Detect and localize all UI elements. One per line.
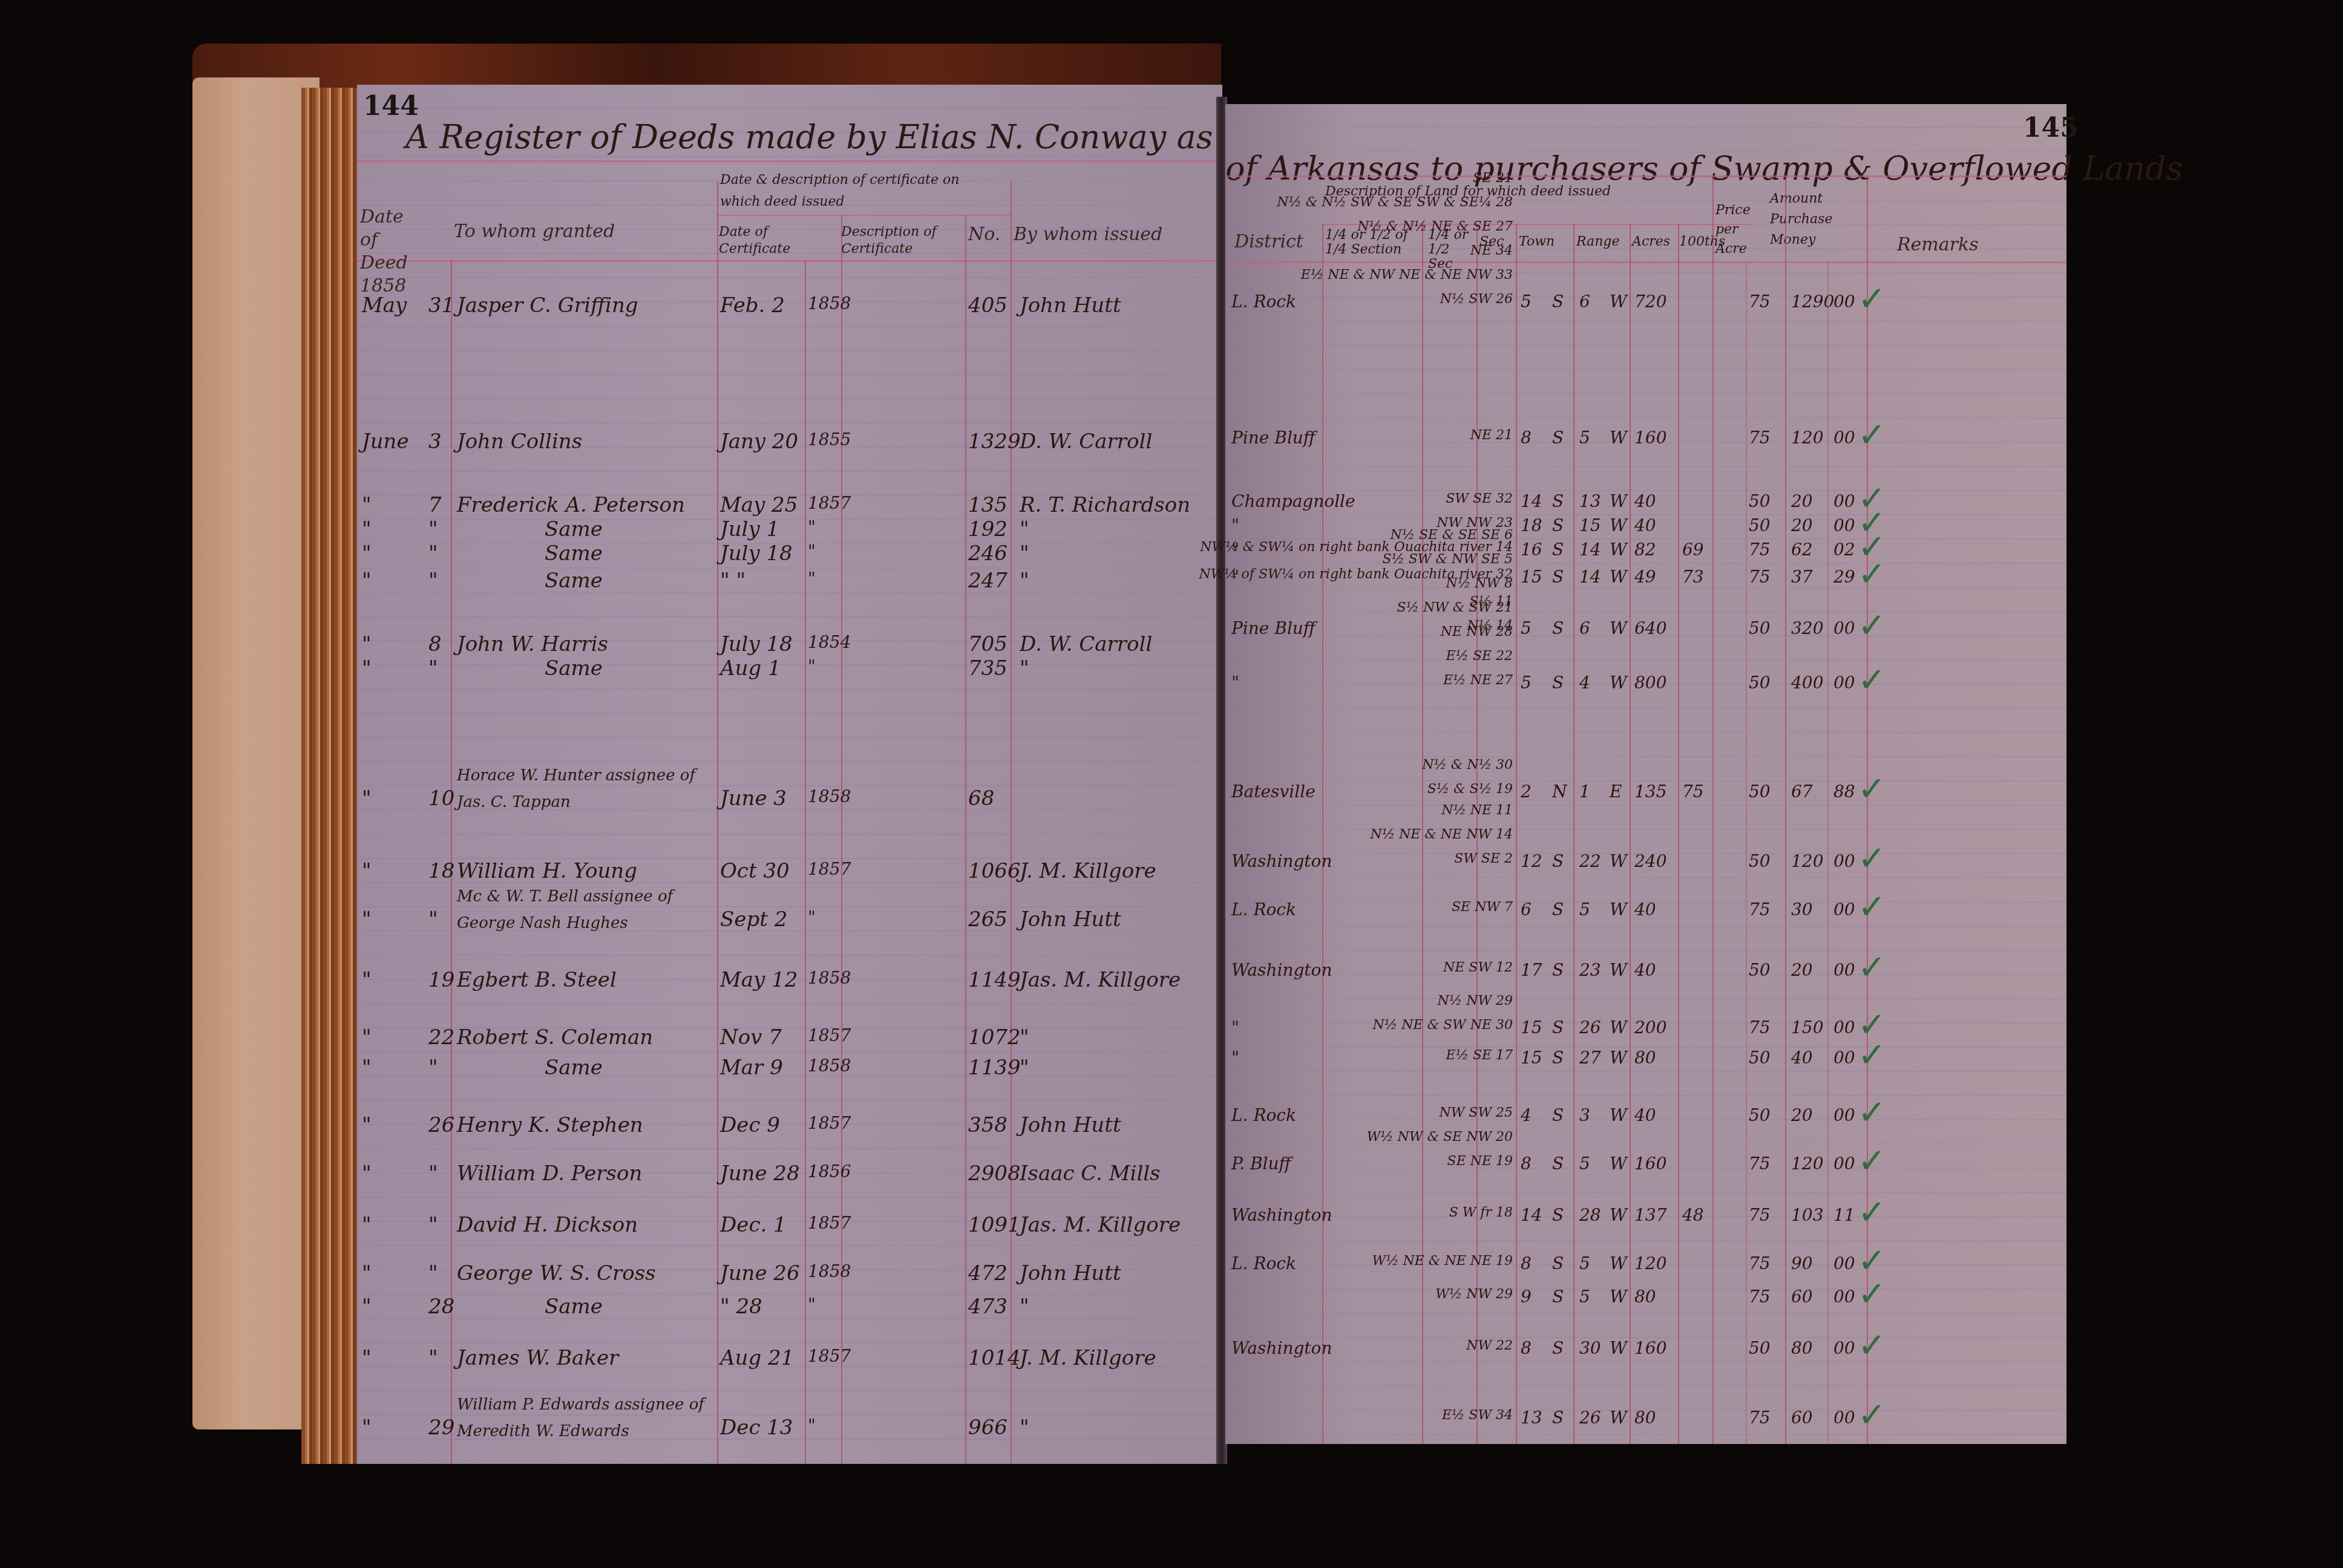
cert-year: 1857 [808, 1213, 851, 1233]
amount-dollars: 20 [1791, 1105, 1813, 1125]
amount-dollars: 400 [1791, 673, 1823, 693]
land-description: W½ NE & NE NE 19 [1372, 1253, 1513, 1269]
cert-date: Mar 9 [720, 1056, 783, 1080]
amount-cents: 00 [1833, 1105, 1855, 1125]
acres: 40 [1634, 900, 1656, 920]
district: L. Rock [1231, 292, 1296, 312]
price-per-acre: 75 [1749, 1018, 1771, 1037]
land-description: NE NW 28 [1441, 624, 1513, 639]
amount-dollars: 60 [1791, 1408, 1813, 1428]
town: 2 [1521, 782, 1532, 802]
cert-date: Aug 21 [720, 1346, 794, 1370]
deed-day: " [428, 1346, 438, 1370]
deed-month: " [362, 968, 372, 992]
town: 5 [1521, 292, 1532, 312]
cert-number: 1066 [968, 859, 1021, 883]
range: 26 [1579, 1018, 1601, 1037]
amount-cents: 00 [1833, 673, 1855, 693]
range: 30 [1579, 1338, 1601, 1358]
issued-by: " [1020, 656, 1029, 681]
header-cert-group: Date & description of certificate on whi… [720, 169, 962, 213]
land-description: SE NW 7 [1452, 900, 1513, 915]
amount-cents: 00 [1833, 1287, 1855, 1307]
amount-dollars: 150 [1791, 1018, 1823, 1037]
price-per-acre: 75 [1749, 428, 1771, 448]
deed-month: " [362, 1056, 372, 1080]
header-by-whom-issued: By whom issued [1014, 224, 1162, 245]
range: 5 [1579, 428, 1590, 448]
district: " [1231, 1018, 1239, 1037]
check-mark: ✓ [1858, 1142, 1886, 1181]
range-direction: W [1610, 1018, 1627, 1037]
page-edges [301, 88, 359, 1464]
price-per-acre: 75 [1749, 1253, 1771, 1273]
check-mark: ✓ [1858, 416, 1886, 455]
header-number: No. [968, 224, 1000, 245]
cert-number: 1149 [968, 968, 1021, 992]
town-direction: S [1552, 540, 1564, 560]
header-amount: Amount Purchase Money [1770, 189, 1843, 250]
acres: 640 [1634, 618, 1666, 638]
town-direction: S [1552, 1287, 1564, 1307]
hundredths: 48 [1682, 1205, 1704, 1225]
price-per-acre: 50 [1749, 1338, 1771, 1358]
range: 5 [1579, 1253, 1590, 1273]
price-per-acre: 50 [1749, 1048, 1771, 1068]
amount-dollars: 90 [1791, 1253, 1813, 1273]
cert-date: June 28 [720, 1161, 800, 1186]
issued-by: John Hutt [1020, 1261, 1121, 1285]
cert-date: July 18 [720, 632, 793, 656]
town: 15 [1521, 1018, 1542, 1037]
district: L. Rock [1231, 1253, 1296, 1273]
town-direction: S [1552, 960, 1564, 980]
amount-dollars: 40 [1791, 1048, 1813, 1068]
amount-dollars: 62 [1791, 540, 1813, 560]
town: 5 [1521, 618, 1532, 638]
acres: 40 [1634, 1105, 1656, 1125]
amount-cents: 00 [1833, 1338, 1855, 1358]
header-quarter-or-half: 1/4 or 1/2 Sec [1428, 228, 1476, 272]
range: 28 [1579, 1205, 1601, 1225]
amount-cents: 00 [1833, 851, 1855, 871]
cert-date: May 12 [720, 968, 798, 992]
land-description: SE NE 19 [1447, 1154, 1513, 1169]
land-description: N½ & N½ NE & SE 27 [1357, 219, 1513, 234]
deed-month: " [362, 517, 372, 541]
amount-cents: 29 [1833, 567, 1855, 587]
cert-date: Dec 13 [720, 1416, 793, 1440]
cert-date: Aug 1 [720, 656, 781, 681]
grantee-name: Egbert B. Steel [457, 968, 617, 992]
issued-by: John Hutt [1020, 1113, 1121, 1137]
town-direction: S [1552, 1338, 1564, 1358]
amount-cents: 00 [1833, 900, 1855, 920]
grantee-name: John Collins [457, 430, 582, 454]
issued-by: " [1020, 541, 1029, 566]
land-description: SW SE 32 [1446, 491, 1513, 506]
price-per-acre: 50 [1749, 1105, 1771, 1125]
grantee-name: John W. Harris [457, 632, 608, 656]
deed-day: " [428, 541, 438, 566]
range: 3 [1579, 1105, 1590, 1125]
land-description: E½ NE 27 [1443, 673, 1513, 688]
cert-date: Dec. 1 [720, 1213, 787, 1237]
acres: 160 [1634, 1338, 1666, 1358]
town-direction: S [1552, 1408, 1564, 1428]
cert-date: June 26 [720, 1261, 800, 1285]
district: " [1231, 515, 1239, 535]
acres: 40 [1634, 960, 1656, 980]
cert-date: Nov 7 [720, 1025, 782, 1050]
town: 13 [1521, 1408, 1542, 1428]
grantee-name: Same [545, 569, 603, 593]
cert-year: 1854 [808, 632, 851, 652]
grantee-name: Horace W. Hunter assignee of Jas. C. Tap… [457, 762, 711, 815]
amount-cents: 00 [1833, 428, 1855, 448]
amount-dollars: 80 [1791, 1338, 1813, 1358]
header-price-per-acre: Price per Acre [1715, 201, 1764, 259]
range-direction: W [1610, 292, 1627, 312]
deed-day: " [428, 656, 438, 681]
acres: 80 [1634, 1048, 1656, 1068]
town: 14 [1521, 1205, 1542, 1225]
cert-year: " [808, 1416, 816, 1436]
amount-cents: 88 [1833, 782, 1855, 802]
cert-date: Feb. 2 [720, 293, 785, 318]
amount-cents: 00 [1833, 1048, 1855, 1068]
land-description: N½ SW 26 [1440, 292, 1513, 307]
acres: 120 [1634, 1253, 1666, 1273]
range-direction: W [1610, 1253, 1627, 1273]
land-description: N½ & N½ 30 [1422, 757, 1513, 773]
deed-month: " [362, 1025, 372, 1050]
acres: 720 [1634, 292, 1666, 312]
amount-cents: 00 [1833, 292, 1855, 312]
grantee-name: Jasper C. Griffing [457, 293, 638, 318]
deed-day: " [428, 1213, 438, 1237]
cert-date: June 3 [720, 786, 787, 811]
cert-number: 705 [968, 632, 1008, 656]
header-acres: Acres [1632, 234, 1670, 249]
amount-dollars: 20 [1791, 491, 1813, 511]
price-per-acre: 75 [1749, 540, 1771, 560]
land-description: NW SW 25 [1439, 1105, 1513, 1120]
header-description-of-certificate: Description of Certificate [841, 224, 956, 258]
deed-month: " [362, 656, 372, 681]
cert-number: 247 [968, 569, 1008, 593]
check-mark: ✓ [1858, 839, 1886, 878]
issued-by: Jas. M. Killgore [1020, 1213, 1181, 1237]
land-description: N½ SE & SE SE 6 [1390, 528, 1513, 543]
deed-month: " [362, 907, 372, 932]
range-direction: W [1610, 1408, 1627, 1428]
range-direction: W [1610, 515, 1627, 535]
deed-month: " [362, 1346, 372, 1370]
amount-cents: 02 [1833, 540, 1855, 560]
land-description: SW SE 2 [1454, 851, 1513, 866]
cert-number: 1014 [968, 1346, 1021, 1370]
cert-number: 473 [968, 1295, 1008, 1319]
land-description: W½ NW 29 [1435, 1287, 1513, 1302]
town: 8 [1521, 428, 1532, 448]
amount-dollars: 120 [1791, 851, 1823, 871]
cert-date: Sept 2 [720, 907, 787, 932]
issued-by: J. M. Killgore [1020, 859, 1156, 883]
deed-day: 19 [428, 968, 454, 992]
cert-number: 735 [968, 656, 1008, 681]
hundredths: 75 [1682, 782, 1704, 802]
town: 17 [1521, 960, 1542, 980]
cert-number: 2908 [968, 1161, 1021, 1186]
range: 22 [1579, 851, 1601, 871]
town-direction: S [1552, 428, 1564, 448]
cert-date: Dec 9 [720, 1113, 780, 1137]
range-direction: W [1610, 900, 1627, 920]
district: Batesville [1231, 782, 1316, 802]
district: Champagnolle [1231, 491, 1355, 511]
issued-by: J. M. Killgore [1020, 1346, 1156, 1370]
right-page: 145 of Arkansas to purchasers of Swamp &… [1225, 104, 2066, 1444]
grantee-name: Mc & W. T. Bell assignee of George Nash … [457, 883, 711, 936]
deed-month: " [362, 1213, 372, 1237]
district: Washington [1231, 851, 1332, 871]
cert-number: 1139 [968, 1056, 1021, 1080]
deed-month: " [362, 1295, 372, 1319]
range-direction: E [1610, 782, 1622, 802]
cert-number: 1072 [968, 1025, 1021, 1050]
cert-year: 1858 [808, 1056, 851, 1076]
town-direction: S [1552, 1253, 1564, 1273]
range-direction: W [1610, 1105, 1627, 1125]
cert-date: July 1 [720, 517, 779, 541]
header-date-of-certificate: Date of Certificate [719, 224, 798, 258]
range: 5 [1579, 900, 1590, 920]
town: 8 [1521, 1338, 1532, 1358]
left-page: 144 A Register of Deeds made by Elias N.… [357, 85, 1222, 1464]
town-direction: S [1552, 1105, 1564, 1125]
land-description: S½ & S½ 19 [1427, 782, 1513, 797]
land-description: E½ SE 17 [1446, 1048, 1513, 1063]
acres: 82 [1634, 540, 1656, 560]
town-direction: S [1552, 515, 1564, 535]
cert-number: 246 [968, 541, 1008, 566]
cert-number: 1091 [968, 1213, 1021, 1237]
land-description: W½ NW & SE NW 20 [1367, 1129, 1513, 1145]
deed-month: " [362, 1113, 372, 1137]
check-mark: ✓ [1858, 769, 1886, 809]
cert-year: 1855 [808, 430, 851, 449]
amount-cents: 00 [1833, 960, 1855, 980]
grantee-name: George W. S. Cross [457, 1261, 656, 1285]
acres: 137 [1634, 1205, 1666, 1225]
cert-date: May 25 [720, 493, 798, 517]
hundredths: 69 [1682, 540, 1704, 560]
district: Pine Bluff [1231, 428, 1316, 448]
amount-dollars: 20 [1791, 515, 1813, 535]
amount-dollars: 30 [1791, 900, 1813, 920]
land-description: NE 21 [1470, 428, 1513, 443]
town: 5 [1521, 673, 1532, 693]
header-range: Range [1576, 234, 1619, 249]
issued-by: John Hutt [1020, 907, 1121, 932]
price-per-acre: 50 [1749, 515, 1771, 535]
check-mark: ✓ [1858, 606, 1886, 645]
check-mark: ✓ [1858, 1036, 1886, 1075]
cert-number: 966 [968, 1416, 1008, 1440]
amount-cents: 11 [1833, 1205, 1855, 1225]
cert-number: 68 [968, 786, 994, 811]
cert-number: 472 [968, 1261, 1008, 1285]
town: 14 [1521, 491, 1542, 511]
range-direction: W [1610, 428, 1627, 448]
deed-day: 8 [428, 632, 442, 656]
grantee-name: Same [545, 517, 603, 541]
cert-number: 1329 [968, 430, 1021, 454]
range: 27 [1579, 1048, 1601, 1068]
cert-date: Jany 20 [720, 430, 798, 454]
range-direction: W [1610, 673, 1627, 693]
amount-cents: 00 [1833, 1408, 1855, 1428]
price-per-acre: 75 [1749, 1287, 1771, 1307]
deed-day: 7 [428, 493, 442, 517]
land-description: N½ NE 11 [1441, 803, 1513, 818]
town-direction: S [1552, 491, 1564, 511]
grantee-name: James W. Baker [457, 1346, 618, 1370]
amount-dollars: 103 [1791, 1205, 1823, 1225]
town: 9 [1521, 1287, 1532, 1307]
grantee-name: William H. Young [457, 859, 637, 883]
check-mark: ✓ [1858, 887, 1886, 927]
range: 1 [1579, 782, 1590, 802]
check-mark: ✓ [1858, 1326, 1886, 1365]
acres: 135 [1634, 782, 1666, 802]
town-direction: S [1552, 673, 1564, 693]
deed-month: " [362, 1261, 372, 1285]
cert-year: " [808, 569, 816, 589]
price-per-acre: 75 [1749, 1408, 1771, 1428]
cert-year: 1857 [808, 1025, 851, 1045]
deed-month: " [362, 493, 372, 517]
amount-dollars: 37 [1791, 567, 1813, 587]
range-direction: W [1610, 1338, 1627, 1358]
deed-month: June [362, 430, 409, 454]
district: Pine Bluff [1231, 618, 1316, 638]
range: 14 [1579, 567, 1601, 587]
grantee-name: Frederick A. Peterson [457, 493, 685, 517]
check-mark: ✓ [1858, 555, 1886, 594]
deed-day: 26 [428, 1113, 454, 1137]
price-per-acre: 50 [1749, 782, 1771, 802]
cert-year: " [808, 541, 816, 561]
range-direction: W [1610, 1048, 1627, 1068]
cert-year: " [808, 907, 816, 927]
land-description: NW 22 [1466, 1338, 1513, 1353]
check-mark: ✓ [1858, 1193, 1886, 1232]
deed-day: 22 [428, 1025, 454, 1050]
land-description: S½ SW & NW SE 5 [1382, 552, 1513, 567]
land-description: N½ NW 8 [1446, 576, 1513, 591]
cert-date: Oct 30 [720, 859, 790, 883]
range: 14 [1579, 540, 1601, 560]
deed-month: " [362, 859, 372, 883]
amount-cents: 00 [1833, 1018, 1855, 1037]
cert-date: July 18 [720, 541, 793, 566]
range: 23 [1579, 960, 1601, 980]
deed-day: 3 [428, 430, 442, 454]
acres: 40 [1634, 515, 1656, 535]
grantee-name: Same [545, 1056, 603, 1080]
town: 8 [1521, 1154, 1532, 1174]
land-description: E½ SE 22 [1446, 648, 1513, 664]
amount-cents: 00 [1833, 491, 1855, 511]
range: 6 [1579, 292, 1590, 312]
issued-by: John Hutt [1020, 293, 1121, 318]
check-mark: ✓ [1858, 661, 1886, 700]
issued-by: " [1020, 517, 1029, 541]
district: Washington [1231, 960, 1332, 980]
deed-day: 18 [428, 859, 454, 883]
range-direction: W [1610, 491, 1627, 511]
check-mark: ✓ [1858, 279, 1886, 319]
district: " [1231, 673, 1239, 693]
grantee-name: Same [545, 1295, 603, 1319]
cert-year: 1857 [808, 1113, 851, 1133]
range-direction: W [1610, 618, 1627, 638]
town-direction: S [1552, 1018, 1564, 1037]
deed-month: " [362, 569, 372, 593]
acres: 800 [1634, 673, 1666, 693]
price-per-acre: 75 [1749, 1154, 1771, 1174]
range: 5 [1579, 1154, 1590, 1174]
acres: 160 [1634, 428, 1666, 448]
header-town: Town [1519, 234, 1555, 249]
town-direction: S [1552, 567, 1564, 587]
page-number-right: 145 [2023, 113, 2079, 143]
amount-cents: 00 [1833, 1154, 1855, 1174]
town: 16 [1521, 540, 1542, 560]
grantee-name: Robert S. Coleman [457, 1025, 653, 1050]
town: 15 [1521, 1048, 1542, 1068]
grantee-name: Same [545, 541, 603, 566]
land-description: N½ NW 29 [1438, 993, 1513, 1008]
issued-by: Isaac C. Mills [1020, 1161, 1161, 1186]
price-per-acre: 50 [1749, 673, 1771, 693]
deed-day: " [428, 1056, 438, 1080]
acres: 80 [1634, 1408, 1656, 1428]
cert-year: " [808, 656, 816, 676]
deed-day: " [428, 1261, 438, 1285]
deed-day: " [428, 1161, 438, 1186]
deed-month: " [362, 632, 372, 656]
town: 12 [1521, 851, 1542, 871]
acres: 200 [1634, 1018, 1666, 1037]
range: 13 [1579, 491, 1601, 511]
hundredths: 73 [1682, 567, 1704, 587]
land-description: E½ NE & NW NE & NE NW 33 [1301, 267, 1513, 283]
acres: 80 [1634, 1287, 1656, 1307]
town: 18 [1521, 515, 1542, 535]
check-mark: ✓ [1858, 1093, 1886, 1132]
amount-dollars: 320 [1791, 618, 1823, 638]
acres: 240 [1634, 851, 1666, 871]
issued-by: R. T. Richardson [1020, 493, 1190, 517]
cert-year: 1857 [808, 859, 851, 879]
deed-day: 29 [428, 1416, 454, 1440]
range-direction: W [1610, 567, 1627, 587]
deed-day: " [428, 517, 438, 541]
town-direction: S [1552, 851, 1564, 871]
